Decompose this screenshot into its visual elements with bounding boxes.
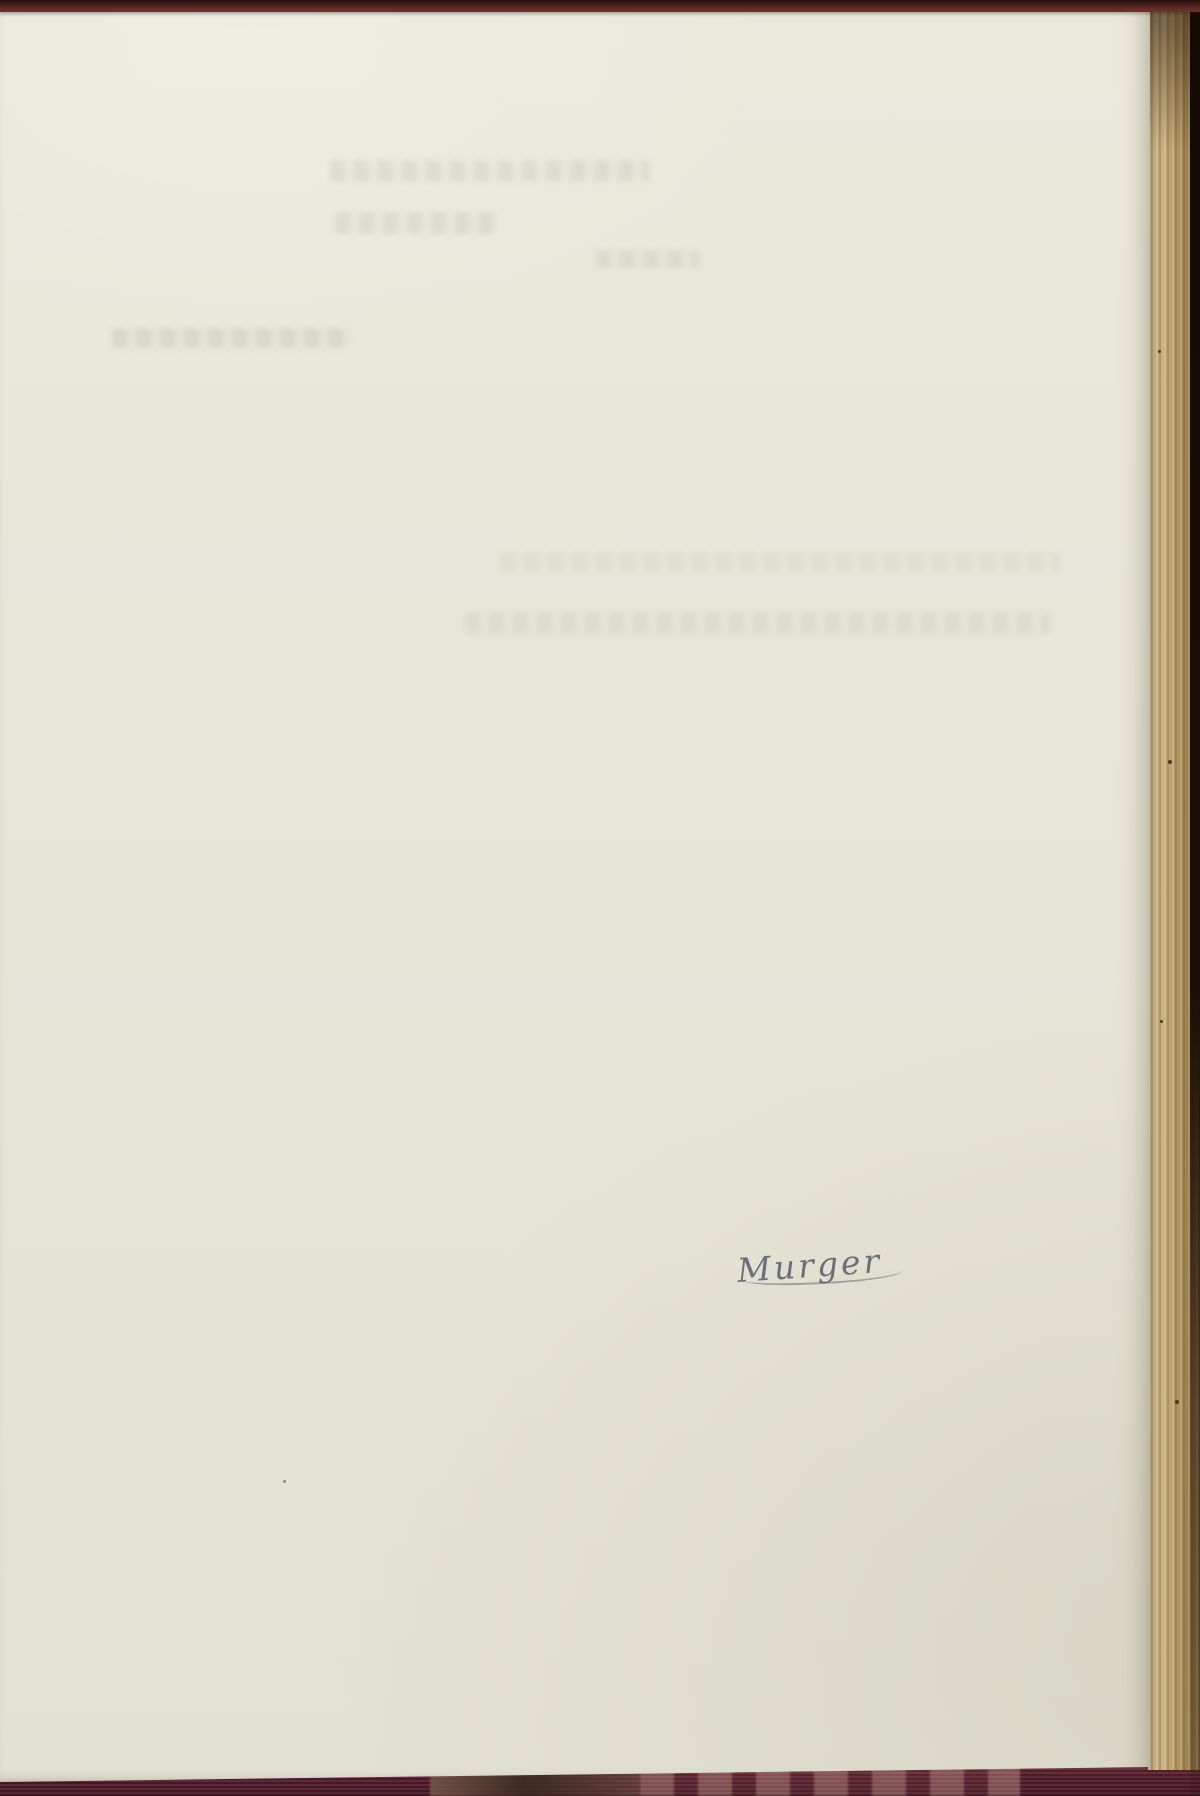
letter-paper xyxy=(0,10,1150,1782)
bleedthrough-smudge xyxy=(112,328,352,348)
bleedthrough-smudge xyxy=(335,212,495,234)
foxing-speck xyxy=(1175,1400,1179,1404)
scanned-letter-page: 340 Demi-lune I895 ou I896 ? Mon vieux, … xyxy=(0,0,1200,1796)
bleedthrough-smudge xyxy=(465,612,1050,634)
bleedthrough-smudge xyxy=(330,160,650,182)
book-cover-top-edge xyxy=(0,0,1200,12)
foxing-speck xyxy=(283,1480,286,1483)
bleedthrough-smudge xyxy=(500,552,1060,572)
foxing-speck xyxy=(1158,350,1161,353)
foxing-speck xyxy=(1168,760,1172,764)
foxing-speck xyxy=(1160,1020,1163,1023)
bleedthrough-smudge xyxy=(595,250,700,268)
book-edge-shadow xyxy=(1190,0,1200,1796)
